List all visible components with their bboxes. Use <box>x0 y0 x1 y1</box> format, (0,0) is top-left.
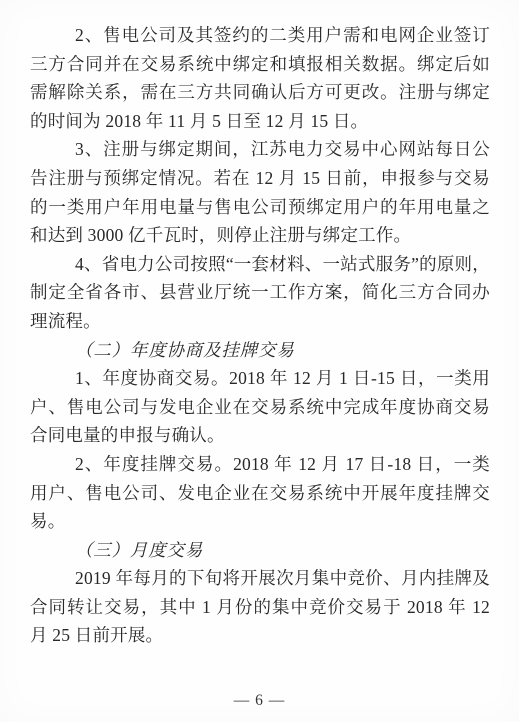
paragraph-item-4-one-stop-service: 4、省电力公司按照“一套材料、一站式服务”的原则，制定全省各市、县营业厅统一工作… <box>30 250 490 336</box>
paragraph-item-3-registration-period: 3、注册与绑定期间，江苏电力交易中心网站每日公告注册与预绑定情况。若在 12 月… <box>30 135 490 249</box>
paragraph-monthly-trading: 2019 年每月的下旬将开展次月集中竞价、月内挂牌及合同转让交易，其中 1 月份… <box>30 564 490 650</box>
paragraph-annual-negotiation-trade: 1、年度协商交易。2018 年 12 月 1 日-15 日，一类用户、售电公司与… <box>30 364 490 450</box>
page-number: — 6 — <box>0 692 519 710</box>
document-page: 2、售电公司及其签约的二类用户需和电网企业签订三方合同并在交易系统中绑定和填报相… <box>0 0 519 722</box>
paragraph-annual-listing-trade: 2、年度挂牌交易。2018 年 12 月 17 日-18 日，一类用户、售电公司… <box>30 450 490 536</box>
section-heading-annual-negotiation-listing: （二）年度协商及挂牌交易 <box>30 336 490 365</box>
section-heading-monthly-trading: （三）月度交易 <box>30 536 490 565</box>
paragraph-item-2-seller-binding: 2、售电公司及其签约的二类用户需和电网企业签订三方合同并在交易系统中绑定和填报相… <box>30 21 490 135</box>
document-body: 2、售电公司及其签约的二类用户需和电网企业签订三方合同并在交易系统中绑定和填报相… <box>30 21 490 650</box>
